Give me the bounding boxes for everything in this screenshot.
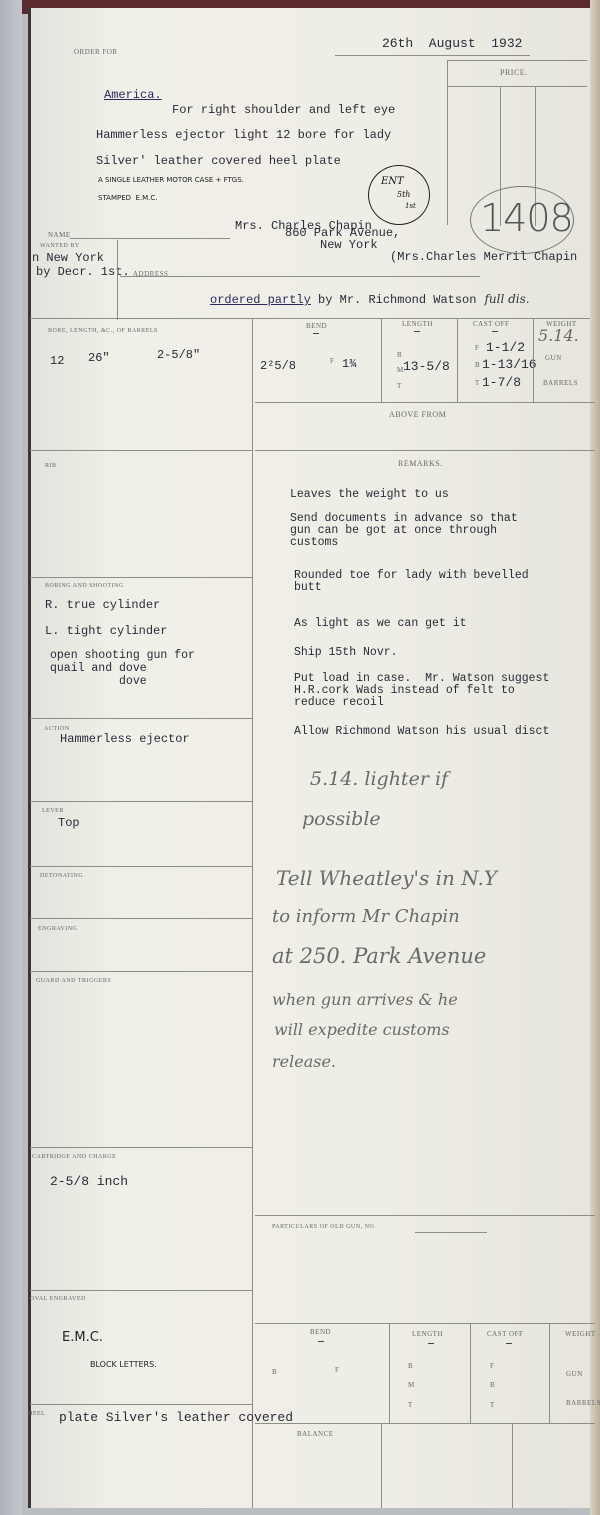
- cast-off-label: CAST OFF: [473, 320, 509, 328]
- remark-1: Leaves the weight to us: [290, 489, 449, 501]
- cartridge-label: CARTRIDGE AND CHARGE: [32, 1154, 116, 1160]
- remark-3: Rounded toe for lady with bevelled butt: [294, 570, 529, 594]
- bend-label: BEND: [306, 322, 327, 330]
- bottom-length-m: M: [408, 1381, 415, 1389]
- cast-off-key-b: B: [475, 361, 480, 369]
- old-gun-divider: [255, 1215, 595, 1216]
- weight-col-divider: [533, 318, 534, 403]
- bottom-length-dash: [428, 1343, 434, 1344]
- ordered-by-handwritten: full dis.: [484, 292, 529, 306]
- remark-2: Send documents in advance so that gun ca…: [290, 513, 518, 549]
- customer-full-name: (Mrs.Charles Merril Chapin: [390, 250, 577, 264]
- barrels-label: BORE, LENGTH, &C., OF BARRELS: [48, 328, 158, 334]
- lever-label: LEVER: [42, 808, 64, 814]
- bottom-cast-off-divider: [470, 1323, 471, 1423]
- remark-5: Ship 15th Novr.: [294, 647, 398, 659]
- bottom-cast-off-b: B: [490, 1381, 495, 1389]
- bottom-bend-f: F: [335, 1366, 339, 1374]
- bottom-cast-off-f: F: [490, 1362, 494, 1370]
- order-date: 26th August 1932: [382, 36, 522, 51]
- length-row-b: B: [397, 351, 402, 359]
- bottom-cast-off-label: CAST OFF: [487, 1330, 523, 1338]
- old-gun-no-line: [415, 1232, 487, 1233]
- handwritten-remark-4: to inform Mr Chapin: [272, 906, 460, 927]
- boring-note-1: open shooting gun for: [50, 650, 195, 662]
- lever-value: Top: [58, 816, 80, 830]
- remark-4: As light as we can get it: [294, 618, 467, 630]
- handwritten-remark-7: will expedite customs: [274, 1020, 450, 1039]
- cartridge-divider: [30, 1147, 252, 1148]
- boring-line-l: L. tight cylinder: [45, 624, 167, 638]
- heel-label: HEEL: [28, 1411, 45, 1417]
- wanted-by-divider: [117, 240, 118, 320]
- boring-line-r: R. true cylinder: [45, 598, 160, 612]
- page-edges: [590, 0, 600, 1515]
- price-box-top: [447, 60, 587, 61]
- handwritten-remark-2: possible: [302, 808, 381, 830]
- handwritten-remark-8: release.: [272, 1052, 336, 1071]
- entry-stamp-text: ENT: [381, 176, 404, 187]
- order-number: 1408: [480, 196, 573, 240]
- bottom-weight-label: WEIGHT: [565, 1330, 596, 1338]
- barrels-chamber: 2-5/8": [157, 348, 200, 362]
- guard-divider: [30, 971, 252, 972]
- oval-value: E.M.C.: [62, 1330, 103, 1345]
- length-dash: [414, 331, 420, 332]
- bottom-gun-label: GUN: [566, 1370, 583, 1378]
- wanted-by-date: by Decr. 1st.: [36, 265, 130, 279]
- stock-divider: [255, 402, 595, 403]
- bottom-bend-label: BEND: [310, 1328, 331, 1336]
- old-gun-label: PARTICULARS OF OLD GUN, No.: [272, 1224, 376, 1230]
- header-divider: [30, 318, 590, 319]
- address-underline: [120, 276, 480, 277]
- background-left: [0, 0, 22, 1515]
- address-line-2: New York: [320, 238, 378, 252]
- bottom-barrels-label: BARRELS: [566, 1399, 600, 1407]
- balance-top-line: [255, 1423, 595, 1424]
- order-line-2: Hammerless ejector light 12 bore for lad…: [96, 128, 391, 142]
- name-underline: [70, 238, 230, 239]
- oval-label: OVAL ENGRAVED: [30, 1296, 86, 1302]
- ordered-by-rest: by Mr. Richmond Watson: [311, 293, 477, 307]
- boring-note-3: dove: [50, 676, 147, 688]
- cast-off-dash: [492, 331, 498, 332]
- balance-divider-1: [381, 1423, 382, 1508]
- cast-off-key-t: T: [475, 379, 480, 387]
- boring-label: BORING AND SHOOTING: [45, 583, 124, 589]
- balance-divider-2: [512, 1423, 513, 1508]
- weight-value: 5.14.: [538, 326, 579, 345]
- bottom-length-t: T: [408, 1401, 413, 1409]
- rib-divider: [30, 450, 252, 451]
- engraving-divider: [30, 918, 252, 919]
- barrels-weight-label: BARRELS: [543, 379, 578, 387]
- detonating-divider: [30, 866, 252, 867]
- order-for-label: ORDER FOR: [74, 48, 118, 56]
- wanted-by-label: WANTED BY: [40, 243, 80, 249]
- guard-label: GUARD AND TRIGGERS: [36, 978, 111, 984]
- stock-bottom-top-line: [255, 1323, 595, 1324]
- remark-7: Allow Richmond Watson his usual disct: [294, 726, 549, 738]
- bottom-cast-off-dash: [506, 1343, 512, 1344]
- detonating-label: DETONATING: [40, 873, 83, 879]
- handwritten-remark-5: at 250. Park Avenue: [272, 944, 486, 968]
- bottom-length-divider: [389, 1323, 390, 1423]
- handwritten-remark-3: Tell Wheatley's in N.Y: [276, 866, 497, 890]
- entry-stamp-date: 5th: [397, 190, 410, 199]
- ordered-by-line: ordered partly by Mr. Richmond Watson fu…: [210, 290, 530, 308]
- length-col-divider: [381, 318, 382, 403]
- boring-divider: [30, 577, 252, 578]
- main-column-divider: [252, 318, 253, 1508]
- action-divider: [30, 718, 252, 719]
- entry-stamp-sub: 1st: [405, 202, 416, 210]
- handwritten-remark-1: 5.14. lighter if: [310, 768, 448, 790]
- bottom-cast-off-t: T: [490, 1401, 495, 1409]
- lever-divider: [30, 801, 252, 802]
- name-label: NAME: [48, 231, 71, 239]
- handwritten-remark-6: when gun arrives & he: [272, 990, 458, 1009]
- cast-off-t-value: 1-7/8: [482, 375, 521, 390]
- destination: America.: [104, 88, 162, 102]
- ordered-partly: ordered partly: [210, 293, 311, 307]
- above-from-divider: [255, 450, 595, 451]
- rib-label: RIB: [45, 463, 57, 469]
- barrels-bore: 12: [50, 354, 64, 368]
- length-value: 13-5/8: [403, 359, 450, 374]
- bend-dash: [313, 333, 319, 334]
- cartridge-value: 2-5/8 inch: [50, 1174, 128, 1189]
- handwritten-case-note: A SINGLE LEATHER MOTOR CASE + FTGS.: [98, 176, 244, 184]
- remarks-label: REMARKS.: [398, 459, 443, 468]
- wanted-by-place: n New York: [32, 251, 104, 265]
- handwritten-stamped-note: STAMPED E.M.C.: [98, 194, 158, 202]
- cast-off-f-value: 1-1/2: [486, 340, 525, 355]
- bottom-weight-divider: [549, 1323, 550, 1423]
- bottom-bend-b: B: [272, 1368, 277, 1376]
- bend-f-label: F: [330, 357, 334, 365]
- above-from-label: ABOVE FROM: [389, 410, 446, 419]
- engraving-label: ENGRAVING: [38, 926, 77, 932]
- cast-off-key-f: F: [475, 344, 479, 352]
- oval-note: BLOCK LETTERS.: [90, 1360, 157, 1369]
- price-box-header-line: [447, 86, 587, 87]
- action-value: Hammerless ejector: [60, 732, 190, 746]
- order-line-1: For right shoulder and left eye: [172, 103, 395, 117]
- barrels-length: 26": [88, 351, 110, 365]
- entry-stamp: ENT 5th 1st: [368, 165, 430, 225]
- gun-label: GUN: [545, 354, 562, 362]
- heel-divider: [30, 1404, 252, 1405]
- order-line-3: Silver' leather covered heel plate: [96, 154, 341, 168]
- boring-note-2: quail and dove: [50, 663, 147, 675]
- bottom-length-b: B: [408, 1362, 413, 1370]
- cast-off-b-value: 1-13/16: [482, 357, 537, 372]
- bend-b-value: 2²5/8: [260, 359, 296, 373]
- bottom-bend-dash: [318, 1341, 324, 1342]
- date-underline: [335, 55, 530, 56]
- price-label: PRICE.: [500, 68, 528, 77]
- length-label: LENGTH: [402, 320, 433, 328]
- length-row-t: T: [397, 382, 402, 390]
- balance-label: BALANCE: [297, 1430, 334, 1438]
- bottom-length-label: LENGTH: [412, 1330, 443, 1338]
- bend-f-value: 1¾: [342, 357, 356, 371]
- cast-off-col-divider: [457, 318, 458, 403]
- price-box-left: [447, 60, 448, 225]
- oval-divider: [30, 1290, 252, 1291]
- remark-6: Put load in case. Mr. Watson suggest H.R…: [294, 673, 549, 709]
